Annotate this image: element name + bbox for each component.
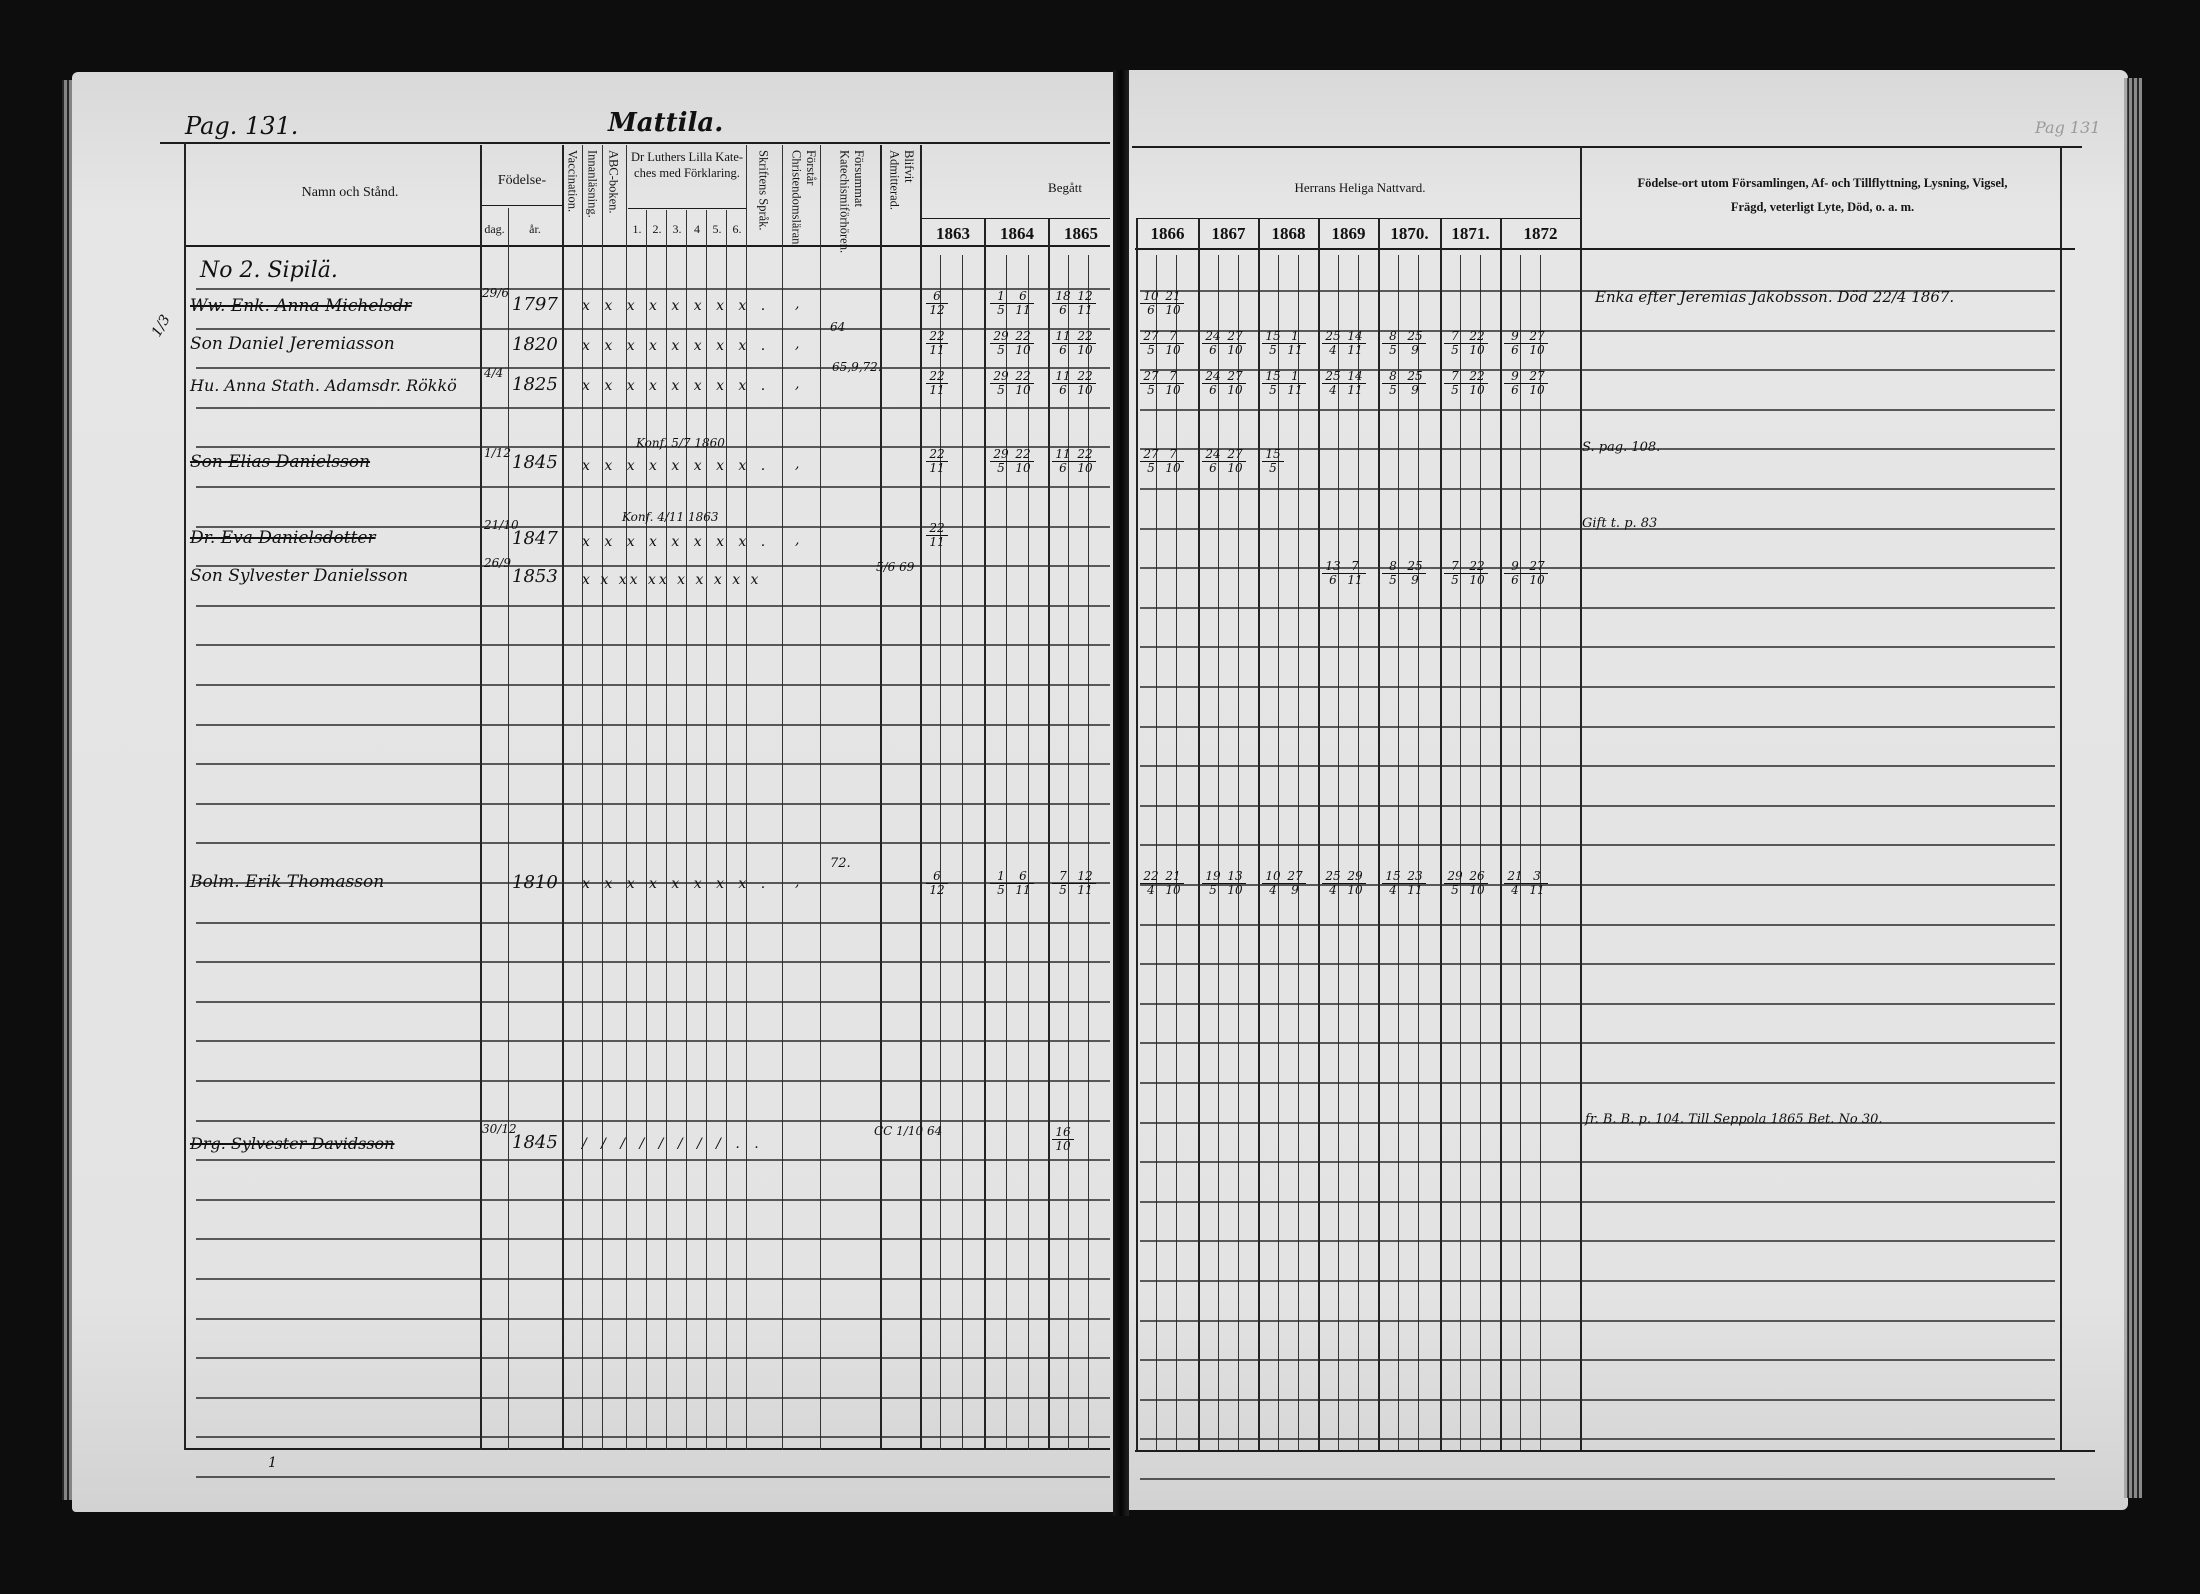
right-col-1869 [1318,218,1320,1450]
communion-date: 111 [1284,330,1306,357]
header-innanlasning: Innanläsning. [585,150,599,245]
row-rule [196,922,1110,924]
communion-date: 2710 [1526,370,1548,397]
row-rule [196,1476,1110,1478]
rc [1520,255,1521,1450]
row-rule [1140,1399,2055,1401]
entry-day: 1/12 [484,446,511,460]
communion-date: 111 [1284,370,1306,397]
row-rule [1140,1042,2055,1044]
col-1864b [1006,255,1007,1450]
right-col-1867 [1198,218,1200,1450]
village-title: Mattila. [608,108,723,138]
entry-year: 1825 [512,374,558,395]
row-rule [1140,1240,2055,1242]
page-number-left: Pag. 131. [185,112,298,140]
row-rule [196,1080,1110,1082]
catechism-subrule [628,208,746,209]
entry-year: 1847 [512,528,558,549]
right-col-1870 [1378,218,1380,1450]
entry-marks: x x xx xx x x x x x [582,572,761,588]
communion-date: 2210 [1466,370,1488,397]
communion-subrule [1136,218,1580,219]
communion-date: 136 [1322,560,1344,587]
entry-skriftens: , [795,456,799,472]
communion-date: 246 [1202,448,1224,475]
col-cat-4 [686,210,687,1450]
communion-date: 1411 [1344,370,1366,397]
communion-date: 116 [1052,330,1074,357]
remark-row-3: S. pag. 108. [1582,440,1660,455]
communion-date: 2210 [1466,560,1488,587]
entry-name: Ww. Enk. Anna Michelsdr [190,296,412,316]
entry-marks: x x x x x x x x . [582,378,770,394]
row-rule [1140,1082,2055,1084]
footer-mark: 1 [268,1455,277,1471]
row-rule [1140,686,2055,688]
entry-skriftens: , [795,376,799,392]
row-rule [196,684,1110,686]
top-rule-left [160,142,1110,144]
communion-date: 104 [1262,870,1284,897]
communion-date: 116 [1052,448,1074,475]
communion-date: 2211 [926,522,948,549]
communion-date: 710 [1162,448,1184,475]
header-birth: Födelse- [482,172,562,190]
entry-admitterad: 5/6 69 [876,560,914,574]
header-skriftens: Skriftens Språk. [756,150,770,245]
rc [1460,255,1461,1450]
row-rule [196,842,1110,844]
row-rule [1140,567,2055,569]
cat-part-4: 4 [687,222,707,237]
row-rule [1140,607,2055,609]
communion-date: 96 [1504,370,1526,397]
row-rule [196,1040,1110,1042]
bottom-rule-left [185,1448,1110,1450]
communion-date: 1610 [1052,1126,1074,1153]
communion-date: 295 [1444,870,1466,897]
header-bottom-left [185,245,1110,247]
communion-date: 96 [1504,560,1526,587]
entry-name: Son Sylvester Danielsson [190,566,408,586]
communion-date: 2210 [1012,370,1034,397]
year-1863: 1863 [922,224,984,244]
entry-year: 1810 [512,872,558,893]
col-vacc [562,145,564,1450]
communion-date: 75 [1052,870,1074,897]
communion-date: 254 [1322,370,1344,397]
row-rule [1140,765,2055,767]
col-1865b [1068,255,1069,1450]
year-1867: 1867 [1199,224,1258,244]
rc [1218,255,1219,1450]
row-rule [1140,646,2055,648]
communion-date: 85 [1382,370,1404,397]
col-dag-ar [508,208,509,1450]
row-rule [196,486,1110,488]
communion-date: 2110 [1162,870,1184,897]
communion-date: 186 [1052,290,1074,317]
rc [1540,255,1541,1450]
communion-date: 710 [1162,370,1184,397]
right-col-1871 [1440,218,1442,1450]
communion-date: 2210 [1466,330,1488,357]
row-rule [1140,1003,2055,1005]
communion-date: 711 [1344,560,1366,587]
entry-year: 1853 [512,566,558,587]
communion-date: 2210 [1074,330,1096,357]
household-label: No 2. Sipilä. [200,258,338,283]
year-1871: 1871. [1441,224,1500,244]
row-rule [196,1001,1110,1003]
header-begatt: Begått [1020,180,1110,196]
communion-date: 275 [1140,330,1162,357]
communion-date: 612 [926,290,948,317]
entry-name: Dr. Eva Danielsdotter [190,528,376,548]
col-1863b [940,255,941,1450]
entry-forsummat: 65,9,72. [832,360,882,374]
header-remarks-1: Födelse-ort utom Församlingen, Af- och T… [1585,176,2060,192]
entry-marks: x x x x x x x x . [582,298,770,314]
entry-marks: x x x x x x x x . [582,338,770,354]
row-rule [1140,1161,2055,1163]
remark-row-4: Gift t. p. 83 [1582,516,1657,531]
entry-year: 1797 [512,294,558,315]
communion-date: 2210 [1012,330,1034,357]
header-admitterad: Blifvit Admitterad. [888,150,916,245]
row-rule [196,328,1110,330]
rc [1156,255,1157,1450]
entry-catechism-note: Konf. 5/7 1860 [636,436,725,450]
col-birth-left [480,145,482,1450]
communion-date: 279 [1284,870,1306,897]
remark-row-7: fr. B. B. p. 104. Till Seppola 1865 Bet.… [1585,1112,1883,1127]
col-cat-2 [646,210,647,1450]
header-birth-day: dag. [481,222,508,237]
communion-date: 2110 [1162,290,1184,317]
communion-date: 612 [926,870,948,897]
row-rule [196,407,1110,409]
entry-name: Bolm. Erik Thomasson [190,872,384,892]
communion-date: 295 [990,448,1012,475]
rc [1338,255,1339,1450]
communion-date: 75 [1444,370,1466,397]
header-vaccination: Vaccination. [565,150,579,245]
right-col-remarks [1580,146,1582,1450]
communion-date: 295 [990,330,1012,357]
header-birth-year: år. [510,222,560,237]
entry-catechism-note: Konf. 4/11 1863 [622,510,719,524]
col-1865 [1048,218,1050,1450]
communion-date: 2210 [1074,448,1096,475]
communion-date: 2910 [1344,870,1366,897]
communion-date: 2211 [926,370,948,397]
communion-date: 2710 [1224,330,1246,357]
communion-date: 254 [1322,330,1344,357]
cat-part-2: 2. [647,222,667,237]
right-page-edge [2124,78,2142,1498]
entry-marks: x x x x x x x x . [582,534,770,550]
entry-forsummat: 64 [830,320,845,334]
entry-forsummat: 72. [830,856,851,871]
entry-skriftens: , [795,532,799,548]
row-rule [1140,1438,2055,1440]
communion-date: 2710 [1526,560,1548,587]
communion-date: 611 [1012,870,1034,897]
col-cat-6 [726,210,727,1450]
row-rule [1140,924,2055,926]
row-rule [196,961,1110,963]
row-rule [1140,1478,2055,1480]
communion-date: 214 [1504,870,1526,897]
row-rule [196,1397,1110,1399]
header-catechism: Dr Luthers Lilla Kate-ches med Förklarin… [628,150,746,181]
year-1864: 1864 [986,224,1048,244]
right-col-1866 [1136,218,1138,1450]
rc [1398,255,1399,1450]
header-abc: ABC-boken. [606,150,620,245]
communion-date: 259 [1404,370,1426,397]
entry-day: 29/6 [482,286,509,300]
communion-date: 2710 [1526,330,1548,357]
communion-date: 1211 [1074,870,1096,897]
row-rule [1140,844,2055,846]
entry-skriftens: , [795,874,799,890]
communion-date: 1211 [1074,290,1096,317]
row-rule [196,605,1110,607]
year-1870: 1870. [1379,224,1440,244]
row-rule [1140,1359,2055,1361]
col-christ [782,145,783,1450]
begatt-subrule [922,218,1110,219]
row-rule [1140,1320,2055,1322]
row-rule [1140,1280,2055,1282]
communion-date: 259 [1404,560,1426,587]
col-forsummat [820,145,821,1450]
communion-date: 2610 [1466,870,1488,897]
communion-date: 2211 [926,448,948,475]
header-remarks-2: Frägd, veterligt Lyte, Död, o. a. m. [1585,200,2060,216]
rc [1298,255,1299,1450]
communion-date: 1411 [1344,330,1366,357]
row-rule [196,803,1110,805]
communion-date: 85 [1382,560,1404,587]
right-frame [2060,146,2062,1450]
header-christendom: Förstår Christendomsläran. [786,150,818,245]
entry-name: Son Elias Danielsson [190,452,370,472]
rc [1238,255,1239,1450]
communion-date: 259 [1404,330,1426,357]
page-number-right: Pag 131 [2035,118,2100,137]
entry-marks: / / / / / / / / . . [582,1136,764,1152]
communion-date: 106 [1140,290,1162,317]
entry-year: 1845 [512,1132,558,1153]
communion-date: 1310 [1224,870,1246,897]
entry-name: Drg. Sylvester Davidsson [190,1134,394,1153]
communion-date: 154 [1382,870,1404,897]
row-rule [1140,488,2055,490]
communion-date: 224 [1140,870,1162,897]
top-rule-right [1132,146,2082,148]
row-rule [196,1199,1110,1201]
entry-admitterad: CC 1/10 64 [874,1124,942,1138]
row-rule [196,1159,1110,1161]
year-1872: 1872 [1501,224,1580,244]
rc [1278,255,1279,1450]
header-name: Namn och Stånd. [250,184,450,202]
communion-date: 155 [1262,330,1284,357]
header-bottom-right [1135,248,2075,250]
row-rule [1140,805,2055,807]
book-gutter [1113,70,1129,1516]
communion-date: 295 [990,370,1012,397]
entry-day: 26/9 [484,556,511,570]
communion-date: 116 [1052,370,1074,397]
cat-part-3: 3. [667,222,687,237]
col-1863c [962,255,963,1450]
communion-date: 85 [1382,330,1404,357]
row-rule [196,1318,1110,1320]
row-rule [196,367,1110,369]
communion-date: 155 [1262,370,1284,397]
communion-date: 246 [1202,370,1224,397]
row-rule [196,1436,1110,1438]
communion-date: 155 [1262,448,1284,475]
header-forsummat: Försummat Katechismiförhören. [826,150,866,245]
row-rule [196,1278,1110,1280]
birth-subrule [482,205,562,206]
row-rule [196,288,1110,290]
communion-date: 311 [1526,870,1548,897]
bottom-rule-right [1135,1450,2095,1452]
rc [1418,255,1419,1450]
communion-date: 2311 [1404,870,1426,897]
communion-date: 2710 [1224,448,1246,475]
row-rule [196,1357,1110,1359]
entry-name: Son Daniel Jeremiasson [190,334,395,354]
right-col-1868 [1258,218,1260,1450]
communion-date: 275 [1140,370,1162,397]
right-col-1872 [1500,218,1502,1450]
communion-date: 96 [1504,330,1526,357]
communion-date: 254 [1322,870,1344,897]
communion-date: 710 [1162,330,1184,357]
remark-row-0: Enka efter Jeremias Jakobsson. Död 22/4 … [1595,288,1954,306]
left-frame [184,142,186,1450]
communion-date: 15 [990,290,1012,317]
row-rule [196,1120,1110,1122]
cat-part-5: 5. [707,222,727,237]
cat-part-1: 1. [627,222,647,237]
entry-skriftens: , [795,296,799,312]
col-begatt [920,145,922,1450]
row-rule [196,763,1110,765]
entry-marks: x x x x x x x x . [582,876,770,892]
year-1865: 1865 [1050,224,1112,244]
communion-date: 15 [990,870,1012,897]
rc [1480,255,1481,1450]
communion-date: 2710 [1224,370,1246,397]
year-1868: 1868 [1259,224,1318,244]
row-rule [196,724,1110,726]
rc [1176,255,1177,1450]
communion-date: 2211 [926,330,948,357]
cat-part-6: 6. [727,222,747,237]
communion-date: 2210 [1074,370,1096,397]
communion-date: 246 [1202,330,1224,357]
communion-date: 75 [1444,330,1466,357]
rc [1358,255,1359,1450]
entry-name: Hu. Anna Stath. Adamsdr. Rökkö [190,376,457,395]
communion-date: 611 [1012,290,1034,317]
year-1866: 1866 [1137,224,1198,244]
row-rule [1140,409,2055,411]
entry-year: 1845 [512,452,558,473]
entry-year: 1820 [512,334,558,355]
col-1865c [1088,255,1089,1450]
col-cat-3 [666,210,667,1450]
entry-skriftens: , [795,336,799,352]
col-1864 [984,218,986,1450]
col-1864c [1028,255,1029,1450]
col-admit [880,145,882,1450]
row-rule [1140,963,2055,965]
entry-marks: x x x x x x x x . [582,458,770,474]
entry-day: 4/4 [484,366,503,380]
row-rule [1140,726,2055,728]
header-communion: Herrans Heliga Nattvard. [1140,180,1580,196]
col-cat-5 [706,210,707,1450]
year-1869: 1869 [1319,224,1378,244]
communion-date: 2210 [1012,448,1034,475]
row-rule [1140,1201,2055,1203]
row-rule [196,644,1110,646]
row-rule [196,1238,1110,1240]
communion-date: 75 [1444,560,1466,587]
communion-date: 275 [1140,448,1162,475]
communion-date: 195 [1202,870,1224,897]
